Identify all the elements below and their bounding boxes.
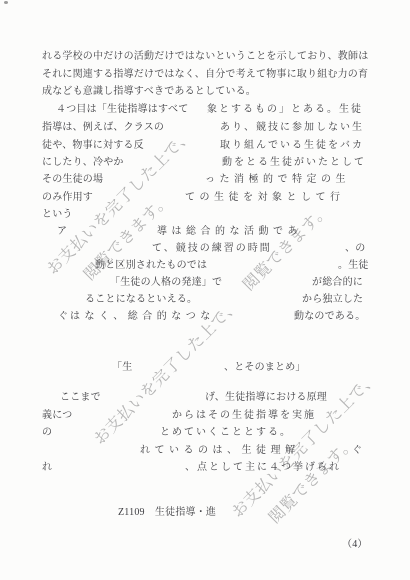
scan-speck [4, 1, 8, 4]
text-segment: れ [42, 461, 52, 474]
text-segment: 象とするもの」とある。生徒 [207, 103, 363, 116]
text-segment: 指導は、例えば、クラスの [42, 121, 164, 134]
text-segment: 。生徒 [338, 259, 369, 272]
text-segment: 動なのである。 [294, 310, 365, 323]
text-segment: からはその生徒指導を実施 [172, 409, 316, 422]
text-segment: それに関連する指導だけではなく、自分で考えて物事に取り組む力の育 [42, 68, 368, 81]
document-code-footer: Z1109 生徒指導・進 [118, 506, 216, 519]
text-segment: という [42, 208, 73, 221]
text-segment: 、点として主に４つ挙げられ [185, 461, 341, 474]
text-segment: が総合的に [312, 276, 363, 289]
text-segment: あり、競技に参加しない生 [220, 121, 364, 134]
text-segment: 動と区別されたものでは [95, 259, 207, 272]
text-segment: ての生徒を対象として行 [185, 191, 345, 204]
text-segment: にしたり、冷やか [42, 156, 124, 169]
text-segment: 、の [345, 242, 365, 255]
text-segment: 「生 [112, 361, 132, 374]
text-segment: から独立した [302, 293, 363, 306]
text-segment: その生徒の場 [42, 173, 103, 186]
text-segment: ア [57, 225, 67, 238]
text-segment: 取り組んでいる生徒をバカ [220, 139, 364, 152]
page-number: （4） [342, 538, 368, 551]
text-segment: 動をとる生徒がいたとして [222, 156, 366, 169]
text-segment: 導は総合的な活動であ [157, 225, 302, 238]
text-segment: げ、生徒指導における原理 [205, 391, 327, 404]
text-segment: のみ作用す [42, 191, 93, 204]
text-segment: ぐ [352, 444, 362, 457]
text-segment: れているのは、生徒理解 [140, 444, 300, 457]
text-segment: 義につ [42, 409, 72, 422]
scanned-document-page: お支払いを完了した上で、閲覧できます。閲覧できます。お支払いを完了した上で、お支… [0, 0, 410, 580]
text-segment: 「生徒の人格の発達」で [110, 276, 222, 289]
text-segment: ぐ [58, 310, 68, 323]
text-segment: 成なども意識し指導すべきであるとしている。 [42, 85, 256, 98]
text-segment: ここまで [60, 391, 101, 404]
text-segment: て、競技の練習の時間 [152, 242, 272, 255]
text-segment: った消極的で特定の生 [205, 173, 350, 186]
text-segment: 徒や、物事に対する反 [42, 139, 144, 152]
text-segment: 、とそのまとめ」 [224, 361, 306, 374]
text-segment: の [42, 426, 52, 439]
text-segment: ることになるといえる。 [85, 293, 197, 306]
text-segment: れる学校の中だけの活動だけではないということを示しており、教師は [42, 50, 368, 63]
text-segment: はなく、総合的なつな [70, 310, 215, 323]
text-segment: とめていくこととする。 [160, 426, 292, 439]
text-segment: ４つ目は「生徒指導はすべて [56, 103, 188, 116]
